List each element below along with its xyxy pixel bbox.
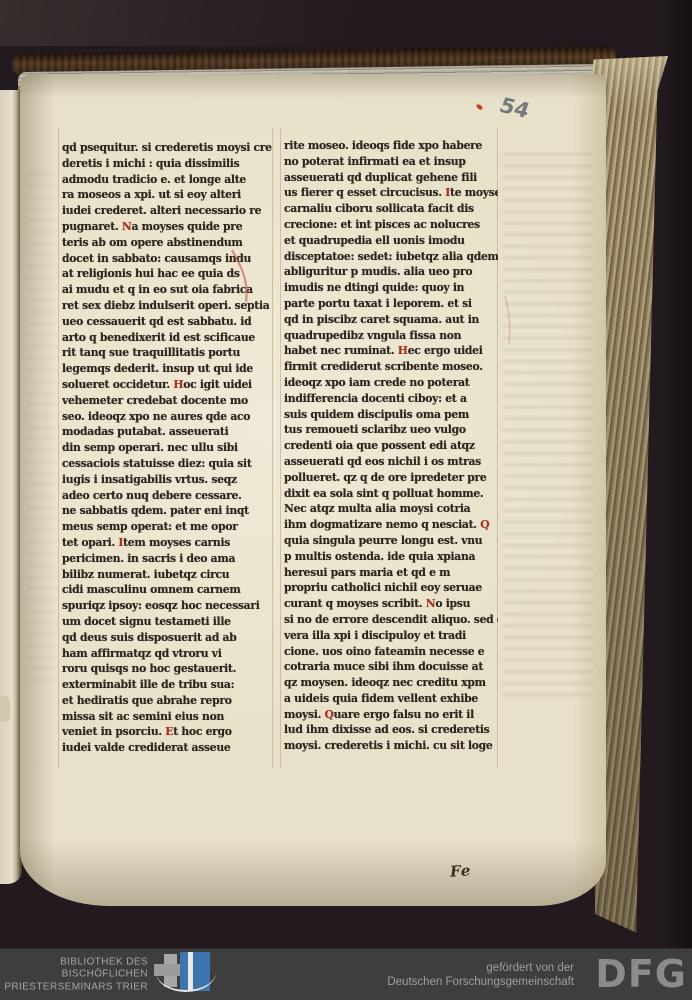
manuscript-line: tet opari. Item moyses carnis [62, 535, 276, 551]
manuscript-line: quia singula peurre longu est. vnu [284, 533, 498, 549]
manuscript-line: asseuerati qd duplicat gehene fili [284, 170, 498, 186]
manuscript-line: credenti oia que possent edi atqz [284, 438, 498, 454]
verso-show-through [26, 164, 56, 684]
manuscript-line: propriu catholici nichil eoy seruae [284, 580, 498, 596]
manuscript-line: imudis ne dtingi quide: quoy in [284, 280, 498, 296]
manuscript-line: qd in piscibz caret squama. aut in [284, 312, 498, 328]
manuscript-line: admodu tradicio e. et longe alte [62, 172, 276, 188]
manuscript-line: no poterat infirmati ea et insup [284, 154, 498, 170]
manuscript-line: firmit crediderut scribente moseo. [284, 359, 498, 375]
manuscript-page: qd psequitur. si crederetis moysi creder… [20, 74, 606, 906]
manuscript-line: pugnaret. Na moyses quide pre [62, 219, 276, 235]
library-name-line3: PRIESTERSEMINARS TRIER [0, 981, 148, 994]
text-column-1: qd psequitur. si crederetis moysi creder… [62, 140, 276, 756]
manuscript-line: ret sex diebz indulserit operi. septia [62, 298, 276, 314]
manuscript-line: qz moysen. ideoqz nec creditu xpm [284, 675, 498, 691]
library-name: BIBLIOTHEK DES BISCHÖFLICHEN PRIESTERSEM… [0, 956, 148, 994]
rubricated-letter: Q [480, 518, 489, 531]
manuscript-line: teris ab om opere abstinendum [62, 235, 276, 251]
photo-backdrop-shadow [662, 0, 692, 1000]
manuscript-line: deretis i michi : quia dissimilis [62, 156, 276, 172]
manuscript-line: Nec atqz multa alia moysi cotria [284, 501, 498, 517]
manuscript-line: solueret occidetur. Hoc igit uidei [62, 377, 276, 393]
manuscript-line: p multis ostenda. ide quia xpiana [284, 549, 498, 565]
manuscript-line: vera illa xpi i discipuloy et tradi [284, 628, 498, 644]
manuscript-line: tus remoueti sclaribz ueo vulgo [284, 422, 498, 438]
manuscript-line: meus semp operat: et me opor [62, 519, 276, 535]
funding-credit-line2: Deutschen Forschungsgemeinschaft [387, 975, 574, 989]
manuscript-line: et quadrupedia ell uonis imodu [284, 233, 498, 249]
manuscript-line: ai mudu et q in eo sut oia fabrica [62, 282, 276, 298]
manuscript-line: at religionis hui hac ee quia ds [62, 266, 276, 282]
text-column-2: rite moseo. ideoqs fide xpo habereno pot… [284, 138, 498, 754]
manuscript-line: bilibz numerat. iubetqz circu [62, 567, 276, 583]
quire-signature: Fe [449, 861, 472, 880]
dfg-logo: DFG [595, 952, 687, 996]
manuscript-line: um docet signu testameti ille [62, 614, 276, 630]
library-name-line1: BIBLIOTHEK DES [0, 956, 148, 969]
rubricated-letter: H [398, 344, 408, 357]
manuscript-line: vehemeter credebat docente mo [62, 393, 276, 409]
manuscript-line: lud ihm dixisse ad eos. si crederetis [284, 722, 498, 738]
manuscript-line: dixit ea sola sint q polluat homme. [284, 486, 498, 502]
manuscript-line: docet in sabbato: causamqs indu [62, 251, 276, 267]
manuscript-line: missa sit ac semini eius non [62, 709, 276, 725]
manuscript-line: qd psequitur. si crederetis moysi cre [62, 140, 276, 156]
manuscript-line: legemqs dederit. insup ut qui ide [62, 361, 276, 377]
manuscript-line: arto q benedixerit id est scificaue [62, 330, 276, 346]
manuscript-line: us fierer q esset circucisus. Ite moyses [284, 185, 498, 201]
manuscript-line: moysi. Quare ergo falsu no erit il [284, 707, 498, 723]
library-name-line2: BISCHÖFLICHEN [0, 968, 148, 981]
manuscript-line: ihm dogmatizare nemo q nesciat. Q [284, 517, 498, 533]
manuscript-line: indifferencia docenti ciboy: et a [284, 391, 498, 407]
manuscript-line: ideoqz xpo iam crede no poterat [284, 375, 498, 391]
ruling-line [58, 128, 59, 768]
manuscript-line: si no de errore descendit aliquo. sed er [284, 612, 498, 628]
manuscript-line: spuriqz ipsoy: eosqz hoc necessari [62, 598, 276, 614]
rubricated-letter: H [173, 378, 183, 391]
facing-page-tab [0, 696, 10, 722]
manuscript-line: pollueret. qz q de ore ipredeter pre [284, 470, 498, 486]
manuscript-line: et hediratis que abrahe repro [62, 693, 276, 709]
manuscript-line: asseuerati qd eos nichil i os mtras [284, 454, 498, 470]
funding-credit: gefördert von der Deutschen Forschungsge… [387, 961, 574, 989]
manuscript-line: a uideis quia fidem vellent exhibe [284, 691, 498, 707]
manuscript-line: cione. uos oino fateamin necesse e [284, 644, 498, 660]
manuscript-line: disceptatoe: sedet: iubetqz alia qdem [284, 249, 498, 265]
folio-number-pencil: 54 [496, 93, 533, 123]
manuscript-line: rit tanq sue traquillitatis portu [62, 345, 276, 361]
manuscript-line: carnaliu ciboru sollicata facit dis [284, 201, 498, 217]
verso-show-through [502, 144, 594, 704]
manuscript-line: cessaciois statuisse diez: quia sit [62, 456, 276, 472]
manuscript-line: roru quisqs no hoc gestauerit. [62, 661, 276, 677]
manuscript-line: pericimen. in sacris i deo ama [62, 551, 276, 567]
manuscript-line: moysi. crederetis i michi. cu sit loge [284, 738, 498, 754]
manuscript-line: curant q moyses scribit. No ipsu [284, 596, 498, 612]
manuscript-line: ueo cessauerit qd est sabbatu. id [62, 314, 276, 330]
footer-banner: BIBLIOTHEK DES BISCHÖFLICHEN PRIESTERSEM… [0, 948, 692, 1000]
manuscript-line: seo. ideoqz xpo ne aures qde aco [62, 409, 276, 425]
manuscript-line: modadas putabat. asseuerati [62, 424, 276, 440]
library-cross-logo-icon [154, 952, 240, 998]
ruling-line [280, 128, 281, 768]
manuscript-line: crecione: et int pisces ac nolucres [284, 217, 498, 233]
manuscript-line: din semp operari. nec ullu sibi [62, 440, 276, 456]
manuscript-line: abliguritur p mudis. alia ueo pro [284, 264, 498, 280]
manuscript-line: ra moseos a xpi. ut si eoy alteri [62, 187, 276, 203]
manuscript-line: qd deus suis disposuerit ad ab [62, 630, 276, 646]
rubricated-letter: Q [325, 708, 334, 721]
manuscript-line: veniet in psorciu. Et hoc ergo [62, 724, 276, 740]
manuscript-line: iugis i insatigabilis vrtus. seqz [62, 472, 276, 488]
manuscript-line: habet nec ruminat. Hec ergo uidei [284, 343, 498, 359]
digitized-manuscript-photo: qd psequitur. si crederetis moysi creder… [0, 0, 692, 1000]
manuscript-line: cotraria muce sibi ihm docuisse at [284, 659, 498, 675]
manuscript-line: ham affirmatqz qd vtroru vi [62, 646, 276, 662]
manuscript-line: rite moseo. ideoqs fide xpo habere [284, 138, 498, 154]
manuscript-line: exterminabit ille de tribu sua: [62, 677, 276, 693]
manuscript-line: iudei crederet. alteri necessario re [62, 203, 276, 219]
manuscript-line: iudei valde crediderat asseue [62, 740, 276, 756]
funding-credit-line1: gefördert von der [387, 961, 574, 975]
manuscript-line: adeo certo nuq debere cessare. [62, 488, 276, 504]
photo-backdrop [0, 0, 372, 46]
manuscript-line: quadrupedibz vngula fissa non [284, 328, 498, 344]
manuscript-line: suis quidem discipulis oma pem [284, 407, 498, 423]
rubricated-letter: N [122, 220, 132, 233]
manuscript-line: ne sabbatis qdem. pater eni inqt [62, 503, 276, 519]
manuscript-line: heresui pars maria et qd e m [284, 565, 498, 581]
manuscript-line: cidi masculinu omnem carnem [62, 582, 276, 598]
manuscript-line: parte portu taxat i leporem. et si [284, 296, 498, 312]
rubricated-letter: N [426, 597, 436, 610]
red-ink-spot [476, 103, 484, 110]
